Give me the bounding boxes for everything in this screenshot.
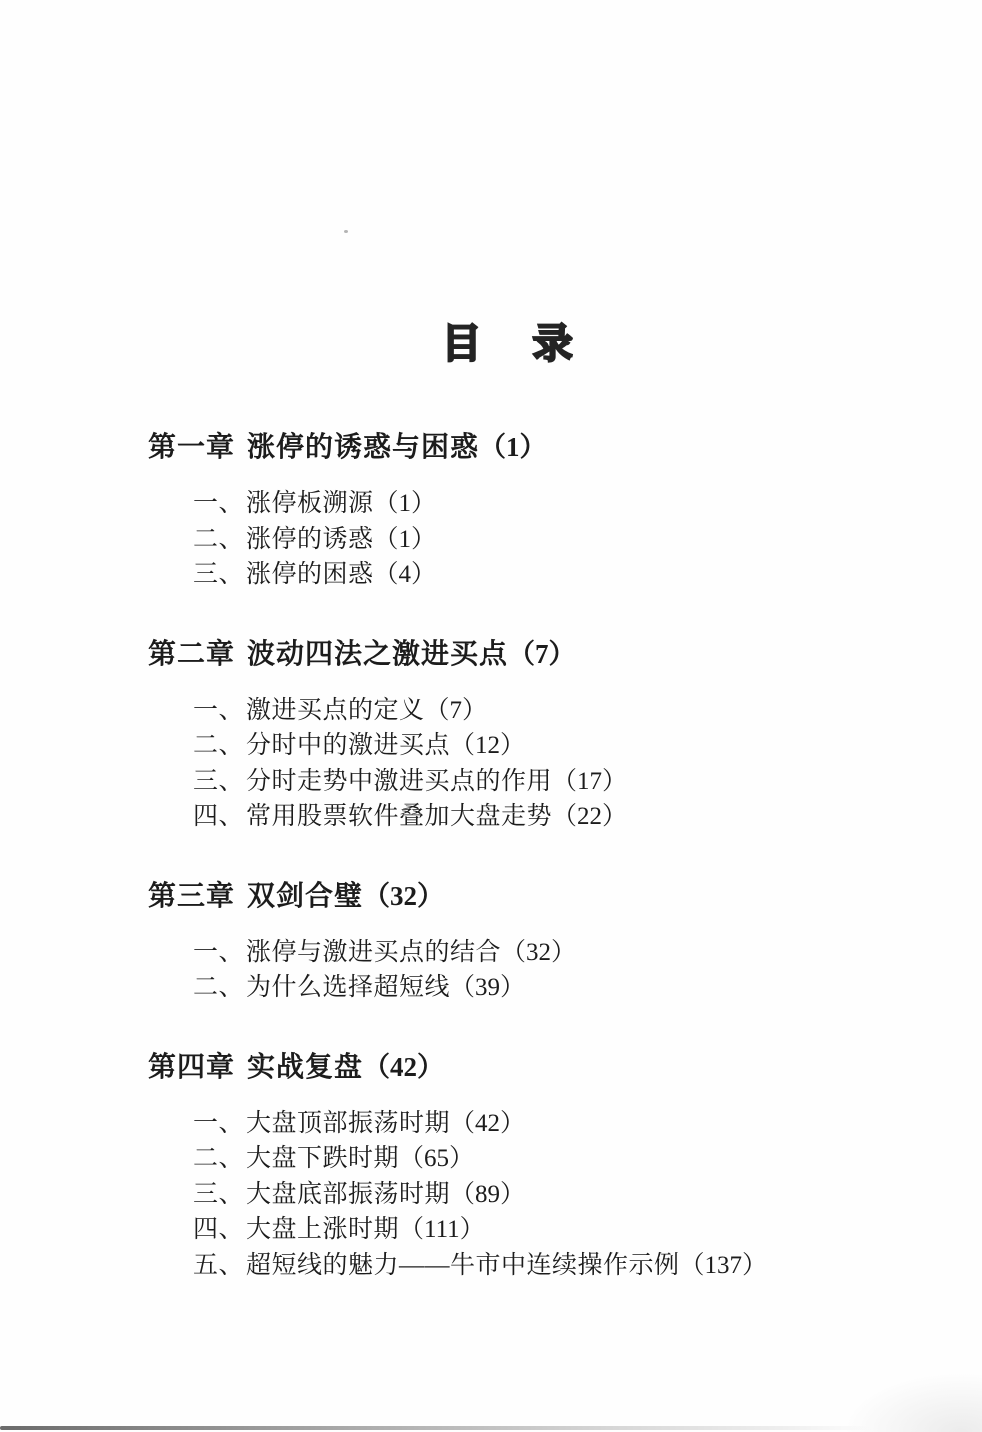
chapter-title: 涨停的诱惑与困惑 [247, 431, 479, 462]
chapter-2: 第二章波动四法之激进买点（7） 一、激进买点的定义（7） 二、分时中的激进买点（… [148, 639, 922, 835]
toc-item: 四、常用股票软件叠加大盘走势（22） [193, 799, 922, 835]
item-title: 分时走势中激进买点的作用 [246, 768, 552, 795]
item-page-ref: （1） [374, 490, 437, 517]
chapter-2-items: 一、激进买点的定义（7） 二、分时中的激进买点（12） 三、分时走势中激进买点的… [148, 693, 922, 835]
toc-item: 三、大盘底部振荡时期（89） [193, 1177, 922, 1213]
item-ordinal: 一、 [193, 1110, 244, 1137]
item-title: 超短线的魅力——牛市中连续操作示例 [246, 1252, 680, 1279]
item-title: 常用股票软件叠加大盘走势 [246, 803, 552, 830]
item-title: 大盘顶部振荡时期 [246, 1110, 450, 1137]
item-ordinal: 四、 [193, 1216, 244, 1243]
item-title: 大盘上涨时期 [246, 1216, 399, 1243]
chapter-title: 双剑合璧 [247, 880, 363, 911]
toc-item: 一、涨停与激进买点的结合（32） [193, 935, 922, 971]
item-ordinal: 二、 [193, 974, 244, 1001]
toc-item: 二、为什么选择超短线（39） [193, 970, 922, 1006]
scan-corner-smudge [842, 1372, 982, 1432]
toc-item: 三、分时走势中激进买点的作用（17） [193, 764, 922, 800]
chapter-title: 实战复盘 [247, 1051, 363, 1082]
item-ordinal: 二、 [193, 732, 244, 759]
item-page-ref: （1） [374, 526, 437, 553]
chapter-1-items: 一、涨停板溯源（1） 二、涨停的诱惑（1） 三、涨停的困惑（4） [148, 486, 922, 593]
page-bottom-edge-shadow [0, 1426, 872, 1430]
item-page-ref: （111） [399, 1216, 485, 1243]
chapter-number: 第三章 [148, 880, 235, 911]
item-ordinal: 三、 [193, 561, 244, 588]
item-title: 激进买点的定义 [246, 697, 425, 724]
chapter-number: 第二章 [148, 638, 235, 669]
item-title: 分时中的激进买点 [246, 732, 450, 759]
chapter-number: 第一章 [148, 431, 235, 462]
chapter-1: 第一章涨停的诱惑与困惑（1） 一、涨停板溯源（1） 二、涨停的诱惑（1） 三、涨… [148, 432, 922, 593]
chapter-2-heading: 第二章波动四法之激进买点（7） [148, 639, 922, 669]
chapter-3-items: 一、涨停与激进买点的结合（32） 二、为什么选择超短线（39） [148, 935, 922, 1006]
toc-item: 二、涨停的诱惑（1） [193, 522, 922, 558]
chapter-4: 第四章实战复盘（42） 一、大盘顶部振荡时期（42） 二、大盘下跌时期（65） … [148, 1052, 922, 1284]
item-ordinal: 二、 [193, 526, 244, 553]
item-title: 涨停的困惑 [246, 561, 374, 588]
chapter-title: 波动四法之激进买点 [247, 638, 508, 669]
chapter-page-ref: （32） [363, 881, 444, 911]
chapter-4-items: 一、大盘顶部振荡时期（42） 二、大盘下跌时期（65） 三、大盘底部振荡时期（8… [148, 1106, 922, 1284]
chapter-1-heading: 第一章涨停的诱惑与困惑（1） [148, 432, 922, 462]
toc-item: 三、涨停的困惑（4） [193, 557, 922, 593]
item-page-ref: （42） [450, 1110, 525, 1137]
item-title: 涨停板溯源 [246, 490, 374, 517]
item-ordinal: 一、 [193, 939, 244, 966]
item-page-ref: （12） [450, 732, 525, 759]
title-char-lu: 录 [533, 320, 573, 368]
chapter-3: 第三章双剑合璧（32） 一、涨停与激进买点的结合（32） 二、为什么选择超短线（… [148, 881, 922, 1006]
page-title: 目 录 [0, 320, 982, 368]
item-page-ref: （4） [374, 561, 437, 588]
toc-item: 五、超短线的魅力——牛市中连续操作示例（137） [193, 1248, 922, 1284]
scan-dust-speck [344, 230, 348, 233]
item-title: 大盘下跌时期 [246, 1145, 399, 1172]
chapter-page-ref: （42） [363, 1052, 444, 1082]
item-ordinal: 四、 [193, 803, 244, 830]
item-ordinal: 三、 [193, 1181, 244, 1208]
item-page-ref: （22） [552, 803, 627, 830]
toc-item: 四、大盘上涨时期（111） [193, 1212, 922, 1248]
title-char-mu: 目 [441, 320, 481, 368]
chapter-page-ref: （7） [508, 639, 576, 669]
item-page-ref: （39） [450, 974, 525, 1001]
item-ordinal: 三、 [193, 768, 244, 795]
item-page-ref: （32） [501, 939, 576, 966]
toc-item: 二、大盘下跌时期（65） [193, 1141, 922, 1177]
item-title: 为什么选择超短线 [246, 974, 450, 1001]
item-page-ref: （89） [450, 1181, 525, 1208]
item-page-ref: （137） [680, 1252, 768, 1279]
item-title: 大盘底部振荡时期 [246, 1181, 450, 1208]
book-toc-page: 目 录 第一章涨停的诱惑与困惑（1） 一、涨停板溯源（1） 二、涨停的诱惑（1）… [0, 0, 982, 1432]
chapter-3-heading: 第三章双剑合璧（32） [148, 881, 922, 911]
item-page-ref: （7） [425, 697, 488, 724]
chapter-number: 第四章 [148, 1051, 235, 1082]
toc-item: 一、大盘顶部振荡时期（42） [193, 1106, 922, 1142]
item-page-ref: （65） [399, 1145, 474, 1172]
item-page-ref: （17） [552, 768, 627, 795]
toc-item: 一、激进买点的定义（7） [193, 693, 922, 729]
chapter-4-heading: 第四章实战复盘（42） [148, 1052, 922, 1082]
item-ordinal: 一、 [193, 490, 244, 517]
item-ordinal: 二、 [193, 1145, 244, 1172]
item-title: 涨停与激进买点的结合 [246, 939, 501, 966]
item-ordinal: 一、 [193, 697, 244, 724]
toc-item: 一、涨停板溯源（1） [193, 486, 922, 522]
chapter-page-ref: （1） [479, 432, 547, 462]
toc-list: 第一章涨停的诱惑与困惑（1） 一、涨停板溯源（1） 二、涨停的诱惑（1） 三、涨… [0, 432, 982, 1283]
item-ordinal: 五、 [193, 1252, 244, 1279]
item-title: 涨停的诱惑 [246, 526, 374, 553]
toc-item: 二、分时中的激进买点（12） [193, 728, 922, 764]
